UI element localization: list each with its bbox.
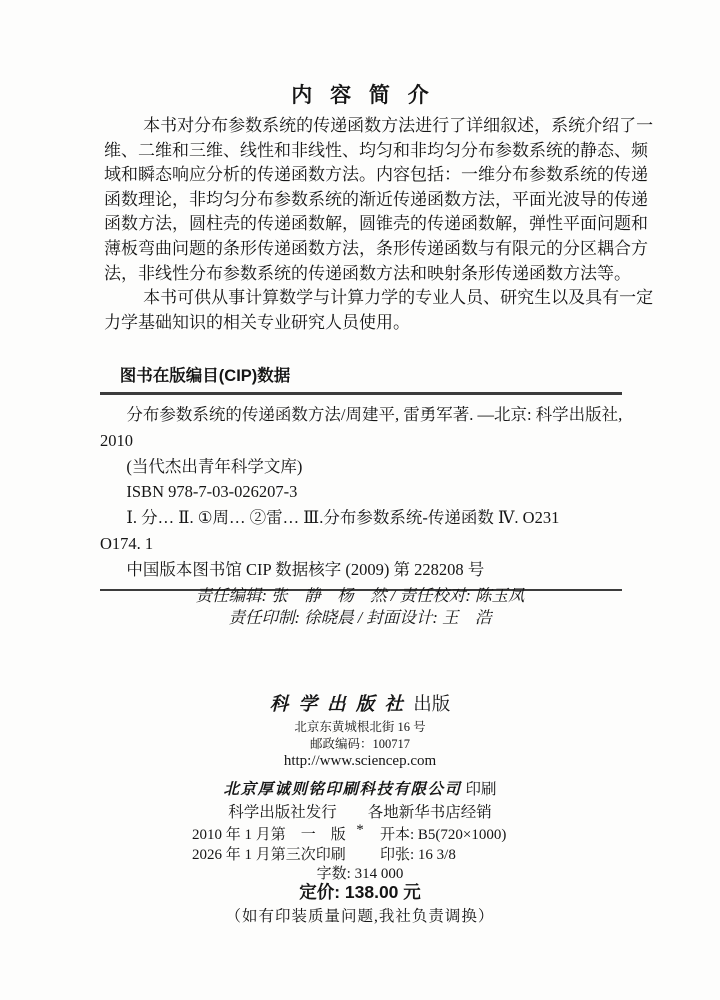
cip-year-line: 2010 <box>100 428 622 454</box>
publisher-imprint-line: 科学出版社出版 <box>0 695 720 716</box>
printer-line: 北京厚诚则铭印刷科技有限公司 印刷 <box>0 781 720 799</box>
printer-suffix: 印刷 <box>465 781 496 798</box>
summary-line: 薄板弯曲问题的条形传递函数方法，条形传递函数与有限元的分区耦合方 <box>104 237 624 262</box>
copyright-page: 内容简介 本书对分布参数系统的传递函数方法进行了详细叙述，系统介绍了一 维、二维… <box>0 0 720 1000</box>
cip-registration-line: 中国版本图书馆 CIP 数据核字 (2009) 第 228208 号 <box>100 557 622 583</box>
publisher-block: 科学出版社出版 北京东黄城根北街 16 号 邮政编码：100717 http:/… <box>0 695 720 837</box>
page-title: 内容简介 <box>0 79 720 109</box>
audience-line: 力学基础知识的相关专业研究人员使用。 <box>104 311 624 336</box>
summary-line: 维、二维和三维、线性和非线性、均匀和非均匀分布参数系统的静态、频 <box>104 139 624 164</box>
cip-series-line: (当代杰出青年科学文库) <box>100 454 622 480</box>
summary-line: 法，非线性分布参数系统的传递函数方法和映射条形传递函数方法等。 <box>104 262 624 287</box>
cip-body: 分布参数系统的传递函数方法/周建平, 雷勇军著. —北京: 科学出版社, 201… <box>100 395 622 589</box>
publisher-address: 北京东黄城根北街 16 号 <box>0 719 720 736</box>
distribution-line: 科学出版社发行 各地新华书店经销 <box>0 804 720 822</box>
edition-details: 2010 年 1 月第 一 版 开本: B5(720×1000) 2026 年 … <box>192 825 506 865</box>
publisher-logo-script: 科学出版社 <box>270 695 413 715</box>
printer-company-script: 北京厚诚则铭印刷科技有限公司 <box>224 781 462 798</box>
printing-designer-line: 责任印制: 徐晓晨 / 封面设计: 王 浩 <box>0 607 720 629</box>
publisher-url: http://www.sciencep.com <box>0 753 720 770</box>
cip-classification-line2: O174. 1 <box>100 531 622 557</box>
price: 定价: 138.00 元 <box>0 879 720 904</box>
format-spec: 开本: B5(720×1000) <box>380 825 506 845</box>
audience-line: 本书可供从事计算数学与计算力学的专业人员、研究生以及具有一定 <box>104 286 624 311</box>
cip-isbn-line: ISBN 978-7-03-026207-3 <box>100 479 622 505</box>
content-summary: 本书对分布参数系统的传递函数方法进行了详细叙述，系统介绍了一 维、二维和三维、线… <box>104 114 624 335</box>
cip-data-block: 图书在版编目(CIP)数据 分布参数系统的传递函数方法/周建平, 雷勇军著. —… <box>100 362 622 591</box>
staff-credits: 责任编辑: 张 静 杨 然 / 责任校对: 陈玉凤 责任印制: 徐晓晨 / 封面… <box>0 585 720 628</box>
editor-line: 责任编辑: 张 静 杨 然 / 责任校对: 陈玉凤 <box>0 585 720 607</box>
edition-row: 2010 年 1 月第 一 版 开本: B5(720×1000) <box>192 825 506 845</box>
edition-date: 2010 年 1 月第 一 版 <box>192 825 380 845</box>
publisher-imprint-suffix: 出版 <box>413 695 450 715</box>
summary-line: 函数方法，圆柱壳的传递函数解，圆锥壳的传递函数解，弹性平面问题和 <box>104 212 624 237</box>
cip-classification-line: Ⅰ. 分… Ⅱ. ①周… ②雷… Ⅲ.分布参数系统-传递函数 Ⅳ. O231 <box>100 505 622 531</box>
summary-line: 域和瞬态响应分析的传递函数方法。内容包括：一维分布参数系统的传递 <box>104 163 624 188</box>
cip-header: 图书在版编目(CIP)数据 <box>100 362 622 386</box>
publisher-zipcode: 邮政编码：100717 <box>0 736 720 752</box>
cip-title-line: 分布参数系统的传递函数方法/周建平, 雷勇军著. —北京: 科学出版社, <box>100 402 622 428</box>
quality-note: （如有印装质量问题,我社负责调换） <box>0 904 720 926</box>
summary-line: 本书对分布参数系统的传递函数方法进行了详细叙述，系统介绍了一 <box>104 114 624 139</box>
summary-line: 函数理论，非均匀分布参数系统的渐近传递函数方法，平面光波导的传递 <box>104 188 624 213</box>
